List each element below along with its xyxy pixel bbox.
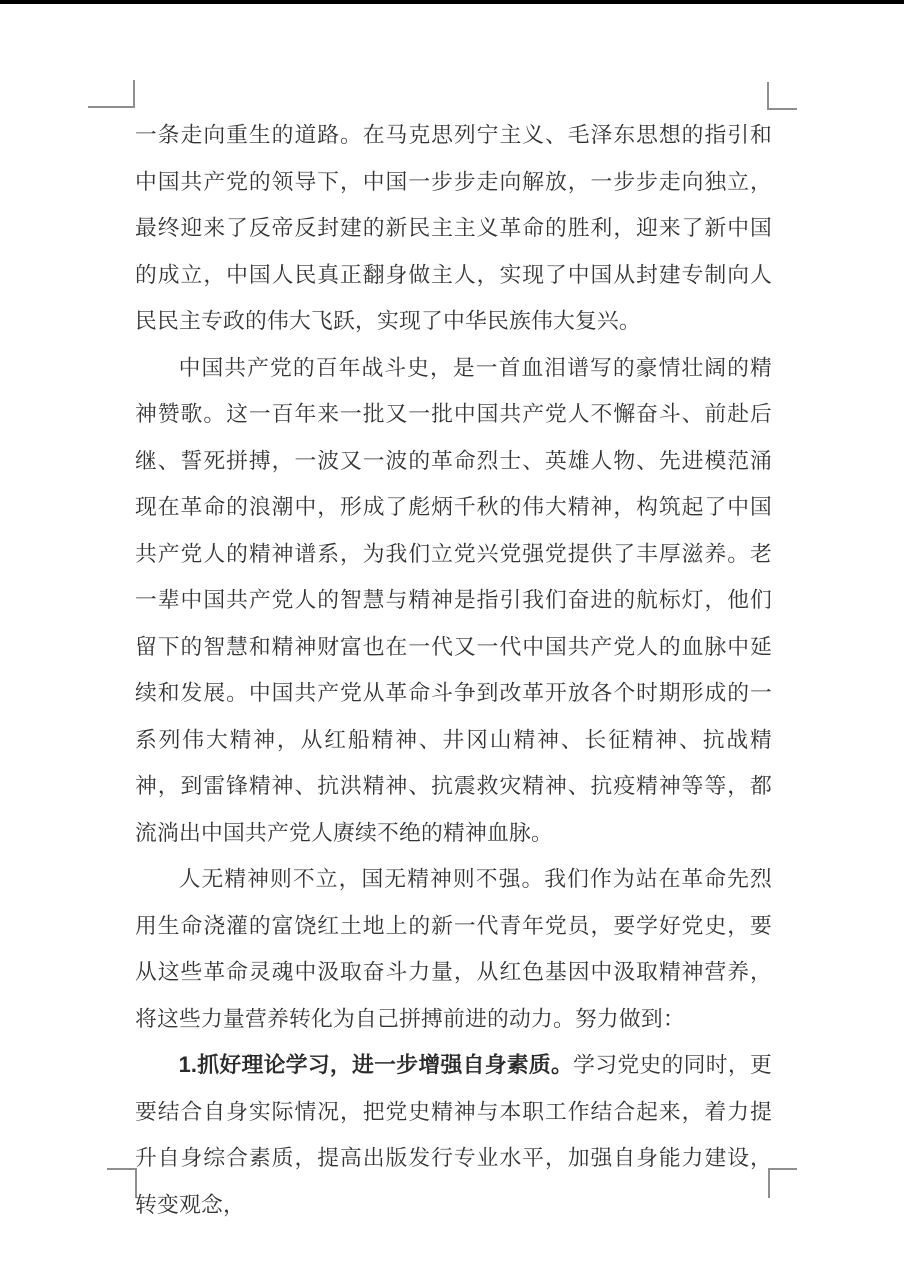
text-run: 中国共产党的百年战斗史，是一首血泪谱写的豪情壮阔的精神赞歌。这一百年来一批又一批… [135, 355, 772, 845]
text-run: 一条走向重生的道路。在马克思列宁主义、毛泽东思想的指引和中国共产党的领导下，中国… [135, 122, 772, 333]
document-page: 一条走向重生的道路。在马克思列宁主义、毛泽东思想的指引和中国共产党的领导下，中国… [0, 0, 904, 1280]
paragraph: 1.抓好理论学习，进一步增强自身素质。学习党史的同时，更要结合自身实际情况，把党… [135, 1042, 772, 1228]
crop-mark-bottom-right [768, 1168, 797, 1198]
page-top-edge [0, 0, 904, 4]
paragraph: 中国共产党的百年战斗史，是一首血泪谱写的豪情壮阔的精神赞歌。这一百年来一批又一批… [135, 345, 772, 857]
paragraph: 一条走向重生的道路。在马克思列宁主义、毛泽东思想的指引和中国共产党的领导下，中国… [135, 112, 772, 345]
text-run: 人无精神则不立，国无精神则不强。我们作为站在革命先烈用生命浇灌的富饶红土地上的新… [135, 866, 772, 1031]
crop-mark-bottom-left [107, 1168, 137, 1198]
bold-text-run: 1.抓好理论学习，进一步增强自身素质。 [179, 1052, 574, 1077]
crop-mark-top-right [767, 82, 797, 110]
document-body: 一条走向重生的道路。在马克思列宁主义、毛泽东思想的指引和中国共产党的领导下，中国… [135, 112, 772, 1228]
paragraph: 人无精神则不立，国无精神则不强。我们作为站在革命先烈用生命浇灌的富饶红土地上的新… [135, 856, 772, 1042]
crop-mark-top-left [88, 80, 135, 108]
